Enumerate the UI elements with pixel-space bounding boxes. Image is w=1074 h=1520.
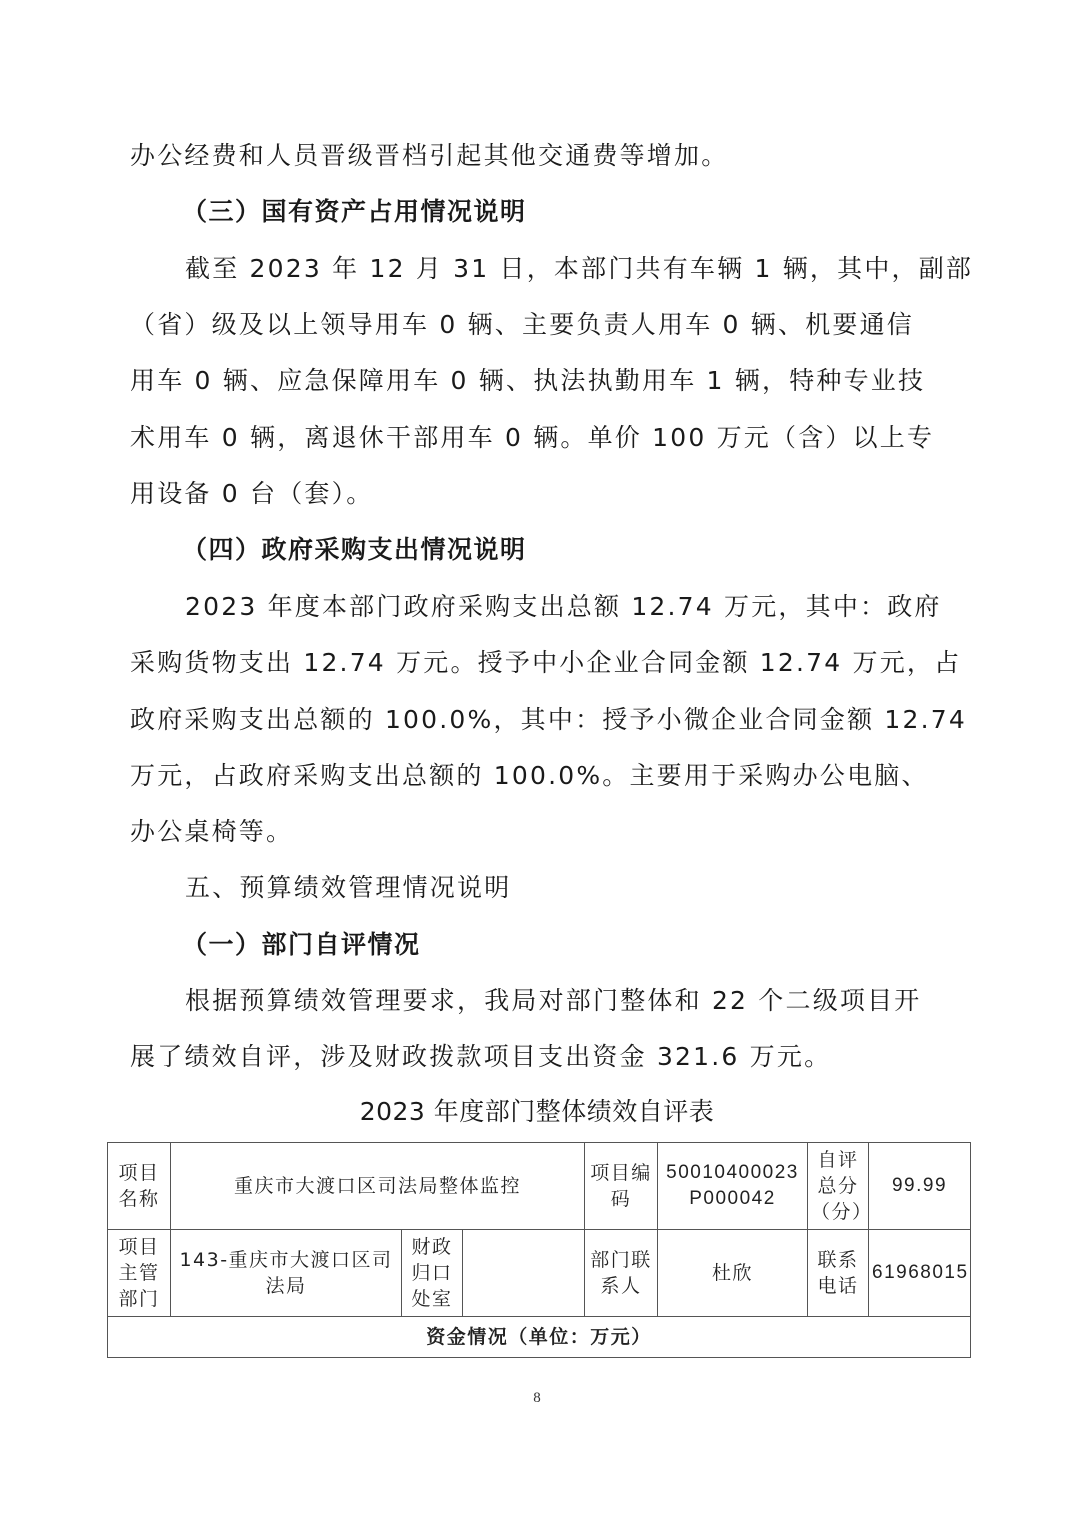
page-number: 8	[0, 1390, 1074, 1407]
paragraph-line: 办公经费和人员晋级晋档引起其他交通费等增加。	[130, 141, 728, 171]
paragraph-line: （省）级及以上领导用车 0 辆、主要负责人用车 0 辆、机要通信	[130, 310, 914, 340]
contact-value: 杜欣	[658, 1230, 808, 1317]
project-code-label: 项目编码	[585, 1143, 658, 1230]
project-name-value: 重庆市大渡口区司法局整体监控	[171, 1143, 585, 1230]
table-title: 2023 年度部门整体绩效自评表	[0, 1097, 1074, 1127]
dept-value: 143-重庆市大渡口区司法局	[171, 1230, 402, 1317]
paragraph-line: 万元，占政府采购支出总额的 100.0%。主要用于采购办公电脑、	[130, 761, 929, 791]
finance-office-label: 财政归口处室	[402, 1230, 463, 1317]
dept-label: 项目主管部门	[108, 1230, 171, 1317]
paragraph-line: 政府采购支出总额的 100.0%，其中：授予小微企业合同金额 12.74	[130, 705, 967, 735]
table-row: 项目主管部门 143-重庆市大渡口区司法局 财政归口处室 部门联系人 杜欣 联系…	[108, 1230, 971, 1317]
paragraph-line: 截至 2023 年 12 月 31 日，本部门共有车辆 1 辆，其中，副部	[185, 254, 973, 284]
paragraph-line: 术用车 0 辆，离退休干部用车 0 辆。单价 100 万元（含）以上专	[130, 423, 934, 453]
finance-office-value	[463, 1230, 585, 1317]
table-row: 项目名称 重庆市大渡口区司法局整体监控 项目编码 50010400023P000…	[108, 1143, 971, 1230]
paragraph-line: 展了绩效自评，涉及财政拨款项目支出资金 321.6 万元。	[130, 1042, 831, 1072]
section-heading-procurement: （四）政府采购支出情况说明	[182, 535, 527, 565]
score-label: 自评总分（分）	[808, 1143, 869, 1230]
phone-label: 联系电话	[808, 1230, 869, 1317]
score-value: 99.99	[869, 1143, 971, 1230]
paragraph-line: 根据预算绩效管理要求，我局对部门整体和 22 个二级项目开	[185, 986, 922, 1016]
section-heading-performance: 五、预算绩效管理情况说明	[185, 873, 511, 903]
paragraph-line: 用设备 0 台（套）。	[130, 479, 374, 509]
paragraph-line: 采购货物支出 12.74 万元。授予中小企业合同金额 12.74 万元，占	[130, 648, 961, 678]
subsection-heading-self-eval: （一）部门自评情况	[182, 930, 421, 960]
paragraph-line: 2023 年度本部门政府采购支出总额 12.74 万元，其中：政府	[185, 592, 942, 622]
self-evaluation-table: 项目名称 重庆市大渡口区司法局整体监控 项目编码 50010400023P000…	[107, 1142, 971, 1358]
project-name-label: 项目名称	[108, 1143, 171, 1230]
project-code-value: 50010400023P000042	[658, 1143, 808, 1230]
paragraph-line: 用车 0 辆、应急保障用车 0 辆、执法执勤用车 1 辆，特种专业技	[130, 366, 925, 396]
section-heading-assets: （三）国有资产占用情况说明	[182, 197, 527, 227]
phone-value: 61968015	[869, 1230, 971, 1317]
contact-label: 部门联系人	[585, 1230, 658, 1317]
paragraph-line: 办公桌椅等。	[130, 817, 293, 847]
funds-header: 资金情况（单位：万元）	[108, 1317, 971, 1358]
table-row: 资金情况（单位：万元）	[108, 1317, 971, 1358]
